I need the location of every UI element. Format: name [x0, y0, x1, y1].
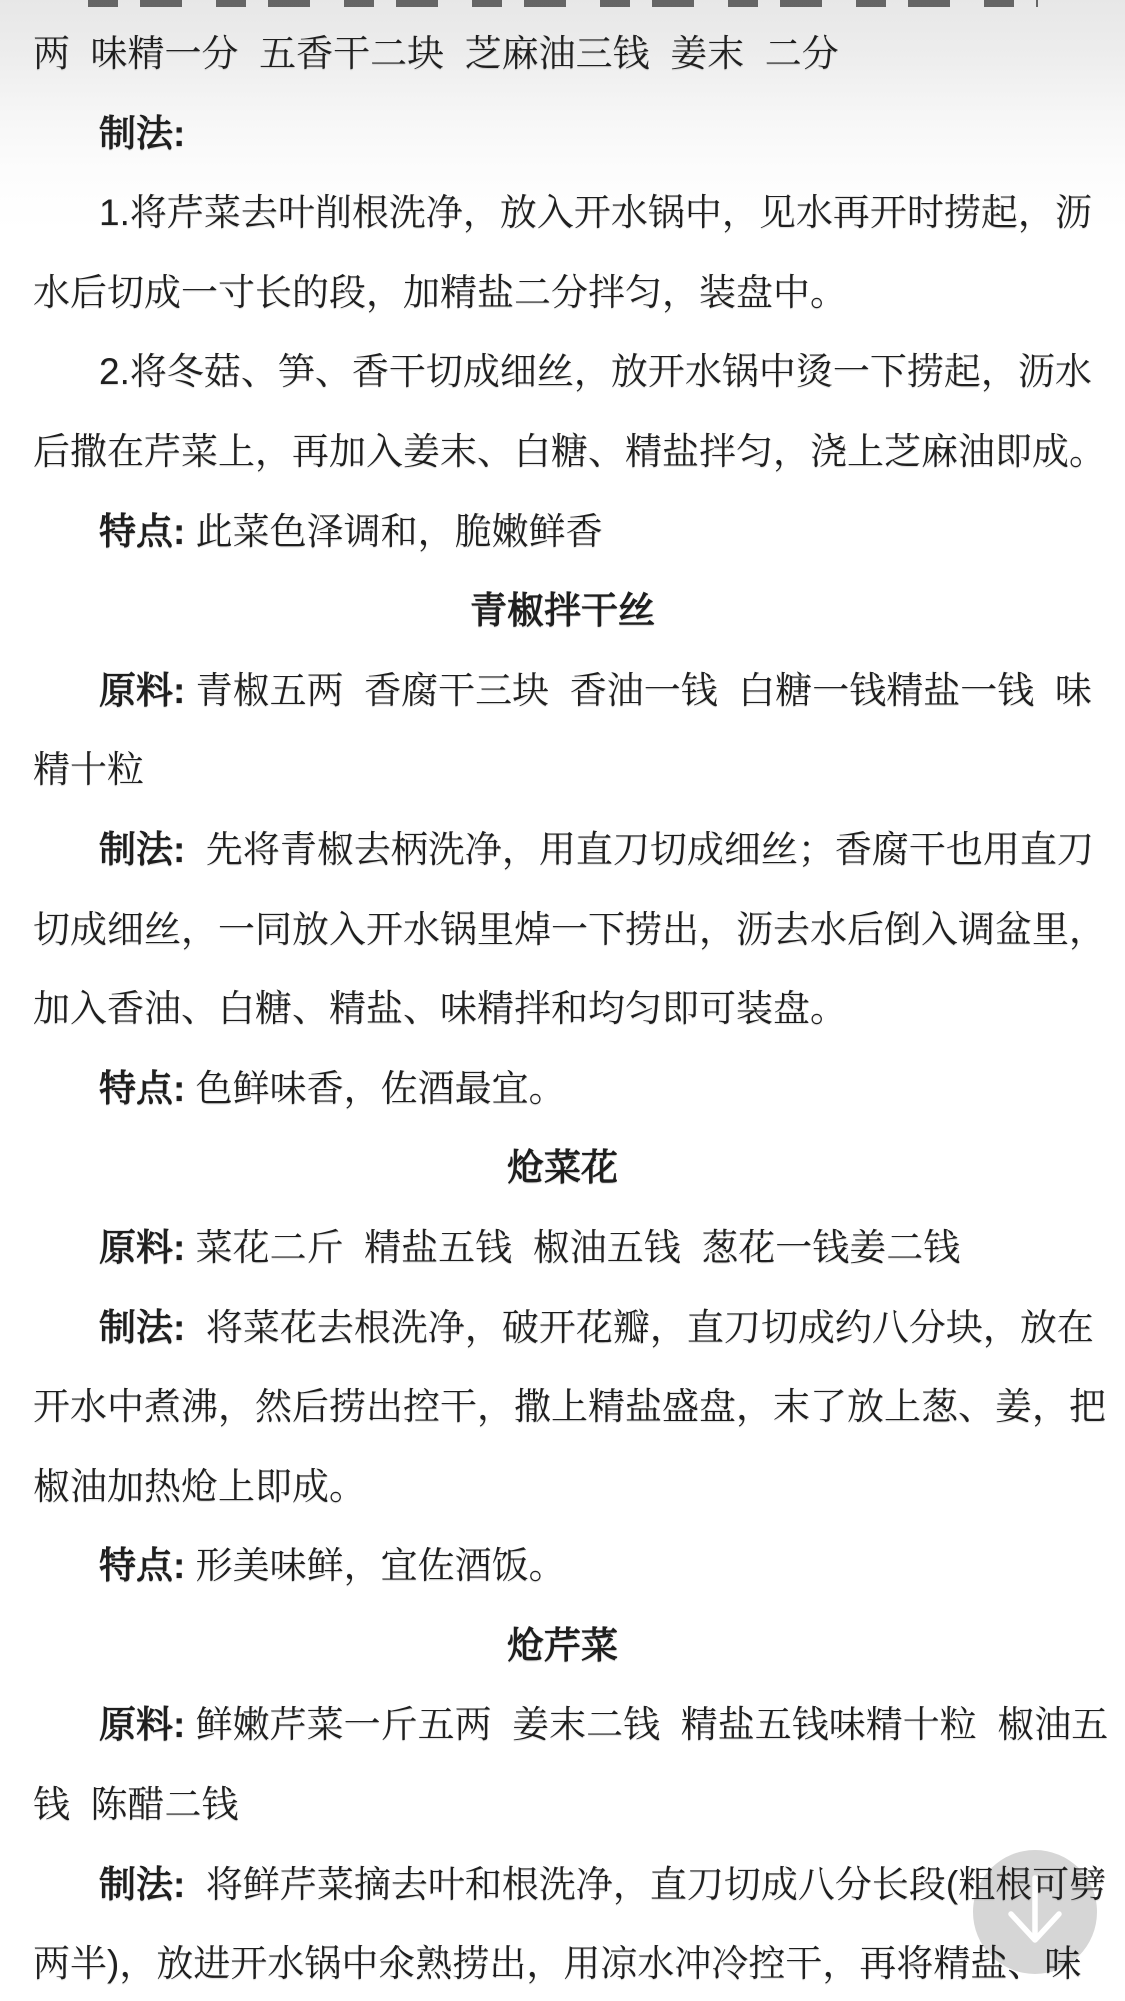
text-line: 特点: 此菜色泽调和，脆嫩鲜香: [33, 492, 1092, 572]
field-text: 菜花二斤 精盐五钱 椒油五钱 葱花一钱姜二钱: [185, 1227, 960, 1268]
text-line: 两 味精一分 五香干二块 芝麻油三钱 姜末 二分: [33, 14, 1092, 94]
text-line: 两半)，放进开水锅中氽熟捞出，用凉水冲冷控干，再将精盐、味: [33, 1924, 1092, 2001]
field-label: 制法:: [99, 113, 185, 154]
text-line: 制法: 将鲜芹菜摘去叶和根洗净，直刀切成八分长段(粗根可劈: [33, 1845, 1092, 1925]
field-text: 将菜花去根洗净，破开花瓣，直刀切成约八分块，放在: [185, 1307, 1094, 1348]
recipe-document: 两 味精一分 五香干二块 芝麻油三钱 姜末 二分制法:1.将芹菜去叶削根洗净，放…: [0, 14, 1125, 2001]
field-label: 制法:: [99, 829, 185, 870]
text-line: 特点: 色鲜味香，佐酒最宜。: [33, 1049, 1092, 1129]
text-line: 精十粒: [33, 730, 1092, 810]
text-line: 特点: 形美味鲜，宜佐酒饭。: [33, 1526, 1092, 1606]
field-text: 此菜色泽调和，脆嫩鲜香: [185, 511, 602, 552]
text-line: 钱 陈醋二钱: [33, 1765, 1092, 1845]
field-text: 将鲜芹菜摘去叶和根洗净，直刀切成八分长段(粗根可劈: [185, 1864, 1106, 1905]
text-line: 加入香油、白糖、精盐、味精拌和均匀即可装盘。: [33, 969, 1092, 1049]
field-label: 特点:: [99, 511, 185, 552]
field-label: 制法:: [99, 1864, 185, 1905]
field-label: 特点:: [99, 1068, 185, 1109]
text-line: 原料: 菜花二斤 精盐五钱 椒油五钱 葱花一钱姜二钱: [33, 1208, 1092, 1288]
text-line: 水后切成一寸长的段，加精盐二分拌匀，装盘中。: [33, 253, 1092, 333]
field-text: 鲜嫩芹菜一斤五两 姜末二钱 精盐五钱味精十粒 椒油五: [185, 1704, 1108, 1745]
recipe-title: 炝芹菜: [33, 1606, 1092, 1686]
field-label: 原料:: [99, 670, 185, 711]
text-line: 椒油加热炝上即成。: [33, 1447, 1092, 1527]
text-line: 2.将冬菇、笋、香干切成细丝，放开水锅中烫一下捞起，沥水: [33, 332, 1092, 412]
text-line: 后撒在芹菜上，再加入姜末、白糖、精盐拌匀，浇上芝麻油即成。: [33, 412, 1092, 492]
field-text: 形美味鲜，宜佐酒饭。: [185, 1545, 565, 1586]
field-label: 原料:: [99, 1227, 185, 1268]
text-line: 原料: 鲜嫩芹菜一斤五两 姜末二钱 精盐五钱味精十粒 椒油五: [33, 1685, 1092, 1765]
text-line: 切成细丝，一同放入开水锅里焯一下捞出，沥去水后倒入调盆里，: [33, 890, 1092, 970]
text-line: 1.将芹菜去叶削根洗净，放入开水锅中，见水再开时捞起，沥: [33, 173, 1092, 253]
recipe-title: 炝菜花: [33, 1128, 1092, 1208]
field-text: 先将青椒去柄洗净，用直刀切成细丝；香腐干也用直刀: [185, 829, 1094, 870]
recipe-title: 青椒拌干丝: [33, 571, 1092, 651]
field-label: 制法:: [99, 1307, 185, 1348]
field-label: 特点:: [99, 1545, 185, 1586]
text-line: 开水中煮沸，然后捞出控干，撒上精盐盛盘，末了放上葱、姜，把: [33, 1367, 1092, 1447]
clipped-text-fragments: [88, 0, 1038, 7]
field-text: 色鲜味香，佐酒最宜。: [185, 1068, 565, 1109]
text-line: 制法:: [33, 94, 1092, 174]
field-text: 青椒五两 香腐干三块 香油一钱 白糖一钱精盐一钱 味: [185, 670, 1092, 711]
text-line: 制法: 将菜花去根洗净，破开花瓣，直刀切成约八分块，放在: [33, 1288, 1092, 1368]
text-line: 制法: 先将青椒去柄洗净，用直刀切成细丝；香腐干也用直刀: [33, 810, 1092, 890]
text-line: 原料: 青椒五两 香腐干三块 香油一钱 白糖一钱精盐一钱 味: [33, 651, 1092, 731]
field-label: 原料:: [99, 1704, 185, 1745]
